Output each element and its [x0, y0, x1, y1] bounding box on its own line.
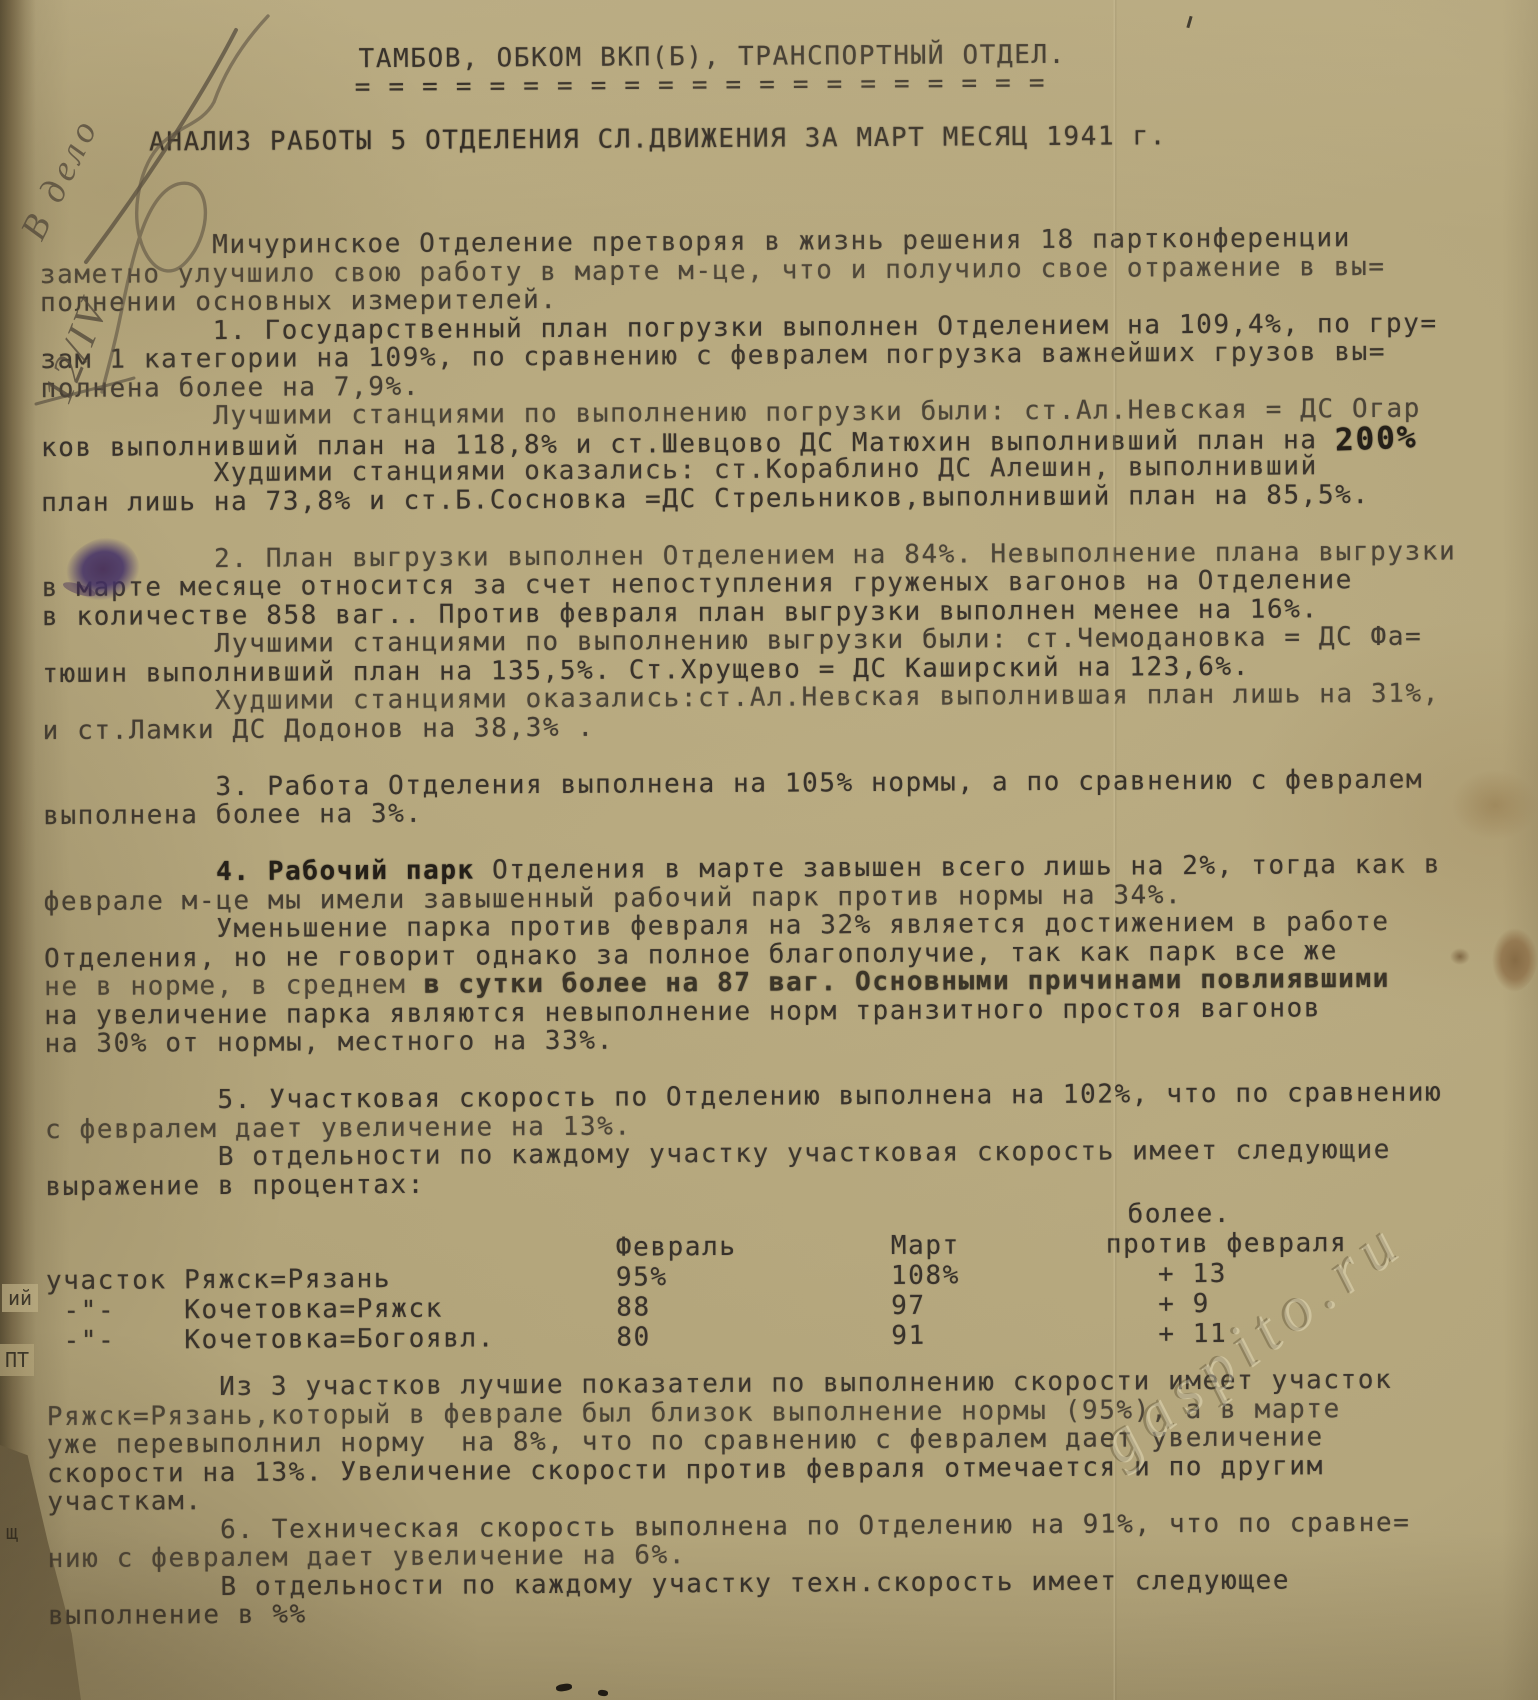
- scanned-document-page: { "doc": { "header": "ТАМБОВ, ОБКОМ ВКП(…: [0, 0, 1538, 1700]
- cell-value: [606, 1201, 881, 1233]
- cell-value: Февраль: [606, 1231, 881, 1263]
- cell-value: [881, 1200, 1106, 1231]
- row-label: -"- Кочетовка=Ряжск: [46, 1293, 606, 1326]
- cell-value: 95%: [606, 1261, 881, 1293]
- cell-value: Март: [881, 1230, 1106, 1261]
- cell-value: более.: [1106, 1197, 1536, 1230]
- cell-value: 80: [606, 1321, 881, 1353]
- emphasized-text: 4. Рабочий парк: [216, 855, 475, 887]
- page-title: АНАЛИЗ РАБОТЫ 5 ОТДЕЛЕНИЯ СЛ.ДВИЖЕНИЯ ЗА…: [149, 121, 1167, 157]
- emphasized-text: в сутки более на 87 ваг. Основными причи…: [424, 964, 1390, 1000]
- typewritten-text-layer: ТАМБОВ, ОБКОМ ВКП(Б), ТРАНСПОРТНЫЙ ОТДЕЛ…: [0, 0, 1538, 1700]
- row-label: -"- Кочетовка=Богоявл.: [46, 1323, 606, 1356]
- cell-value: 88: [606, 1291, 881, 1323]
- row-label: [46, 1203, 606, 1236]
- cell-value: 97: [881, 1290, 1106, 1321]
- text-segment: не в норме, в среднем: [44, 970, 424, 1002]
- letterhead-underline: = = = = = = = = = = = = = = = = = = = = …: [355, 68, 1046, 102]
- paper-speck: [598, 1689, 609, 1696]
- paper-stain: [1450, 948, 1470, 965]
- tail-text: Из 3 участков лучшие показатели по выпол…: [47, 1365, 1538, 1631]
- body-text: Мичуринское Отделение претворяя в жизнь …: [40, 223, 1536, 1201]
- row-label: [46, 1233, 606, 1266]
- emphasized-text: 200%: [1334, 423, 1418, 455]
- paper-stain: [1452, 770, 1538, 840]
- row-label: участок Ряжск=Рязань: [46, 1263, 606, 1296]
- text-segment: [43, 857, 216, 888]
- cell-value: 108%: [881, 1260, 1106, 1291]
- cell-value: 91: [881, 1320, 1106, 1351]
